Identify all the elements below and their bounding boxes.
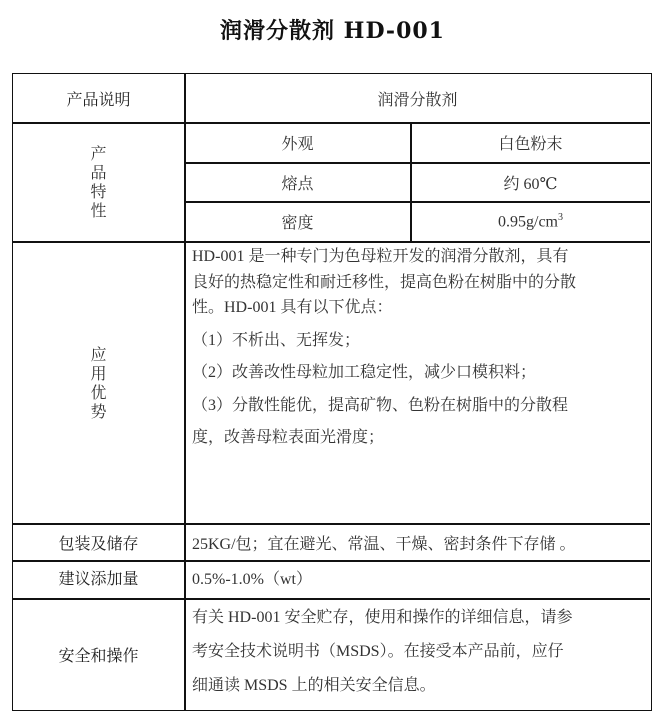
- description-value: 润滑分散剂: [377, 87, 457, 110]
- packaging-label: 包装及储存: [58, 531, 138, 554]
- property-name-melting-point: 熔点: [281, 171, 313, 194]
- advantages-label-cell: 应用优势: [13, 242, 184, 523]
- dosage-value-cell: 0.5%-1.0%（wt）: [192, 561, 647, 598]
- safety-line: 有关 HD-001 安全贮存，使用和操作的详细信息，请参: [192, 601, 644, 635]
- dosage-value: 0.5%-1.0%（wt）: [192, 566, 312, 589]
- document-title: 润滑分散剂 HD-001: [0, 14, 665, 45]
- description-label: 产品说明: [66, 87, 130, 110]
- safety-line: 考安全技术说明书（MSDS）。在接受本产品前，应仔: [192, 635, 644, 669]
- property-name-appearance: 外观: [281, 131, 313, 154]
- property-value-appearance: 白色粉末: [498, 131, 562, 154]
- safety-line: 细通读 MSDS 上的相关安全信息。: [192, 669, 644, 703]
- advantage-point: 度，改善母粒表面光滑度；: [192, 425, 644, 451]
- property-name-density: 密度: [281, 210, 313, 233]
- property-name-cell: 外观: [185, 123, 410, 162]
- density-exponent: 3: [558, 212, 563, 223]
- advantages-intro-line: 性。HD-001 具有以下优点：: [192, 295, 644, 321]
- safety-text: 有关 HD-001 安全贮存，使用和操作的详细信息，请参 考安全技术说明书（MS…: [192, 601, 644, 703]
- advantage-point: （3）分散性能优，提高矿物、色粉在树脂中的分散程: [192, 393, 644, 419]
- advantages-text: HD-001 是一种专门为色母粒开发的润滑分散剂，具有 良好的热稳定性和耐迁移性…: [192, 244, 644, 451]
- packaging-value-cell: 25KG/包；宜在避光、常温、干燥、密封条件下存储 。: [192, 524, 647, 560]
- advantages-intro-line: 良好的热稳定性和耐迁移性，提高色粉在树脂中的分散: [192, 270, 644, 296]
- property-value-cell: 白色粉末: [411, 123, 650, 162]
- advantages-label: 应用优势: [90, 345, 108, 421]
- safety-label: 安全和操作: [58, 643, 138, 666]
- advantages-intro-line: HD-001 是一种专门为色母粒开发的润滑分散剂，具有: [192, 244, 644, 270]
- property-name-cell: 熔点: [185, 163, 410, 201]
- packaging-value: 25KG/包；宜在避光、常温、干燥、密封条件下存储 。: [192, 531, 576, 554]
- safety-label-cell: 安全和操作: [13, 599, 184, 710]
- packaging-label-cell: 包装及储存: [13, 524, 184, 560]
- property-value-cell: 0.95g/cm3: [411, 202, 650, 241]
- property-value-cell: 约 60℃: [411, 163, 650, 201]
- product-spec-table: 产品说明 润滑分散剂 产品特性 外观 白色粉末 熔点 约 60℃ 密度 0.95…: [12, 73, 652, 711]
- description-label-cell: 产品说明: [13, 74, 184, 122]
- density-base: 0.95g/cm: [498, 213, 558, 230]
- dosage-label-cell: 建议添加量: [13, 561, 184, 598]
- dosage-label: 建议添加量: [58, 566, 138, 589]
- property-name-cell: 密度: [185, 202, 410, 241]
- properties-label: 产品特性: [90, 144, 108, 220]
- advantage-point: （1）不析出、无挥发；: [192, 328, 644, 354]
- properties-label-cell: 产品特性: [13, 123, 184, 241]
- advantage-point: （2）改善改性母粒加工稳定性，减少口模积料；: [192, 360, 644, 386]
- property-value-melting-point: 约 60℃: [504, 171, 558, 194]
- description-value-cell: 润滑分散剂: [185, 74, 650, 122]
- property-value-density: 0.95g/cm3: [498, 212, 563, 231]
